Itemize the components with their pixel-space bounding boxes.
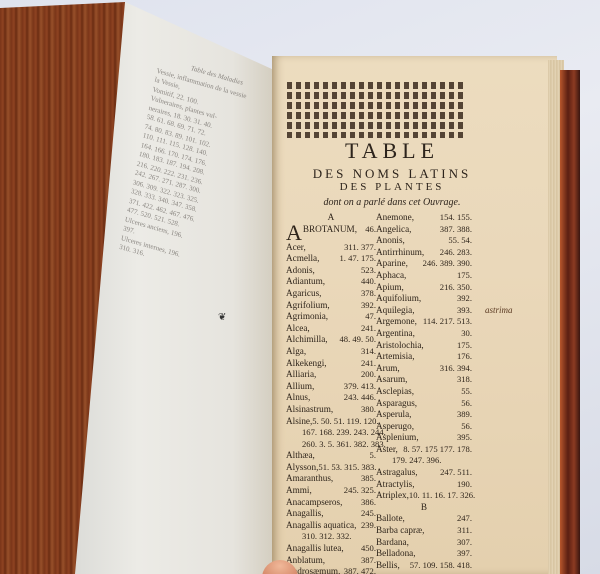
entry-name: Alysson, [286, 462, 318, 474]
index-entry: Anagallis,245. [286, 508, 376, 520]
index-entry: Aquilegia,393. [376, 305, 472, 317]
entry-pages: 386. [361, 497, 376, 509]
entry-name: Argemone, [376, 316, 417, 328]
entry-pages: 175. [457, 340, 472, 352]
index-column-a: A ABROTANUM,46.Acer,311. 377.Acmella,1. … [286, 212, 376, 574]
index-entry: Amaranthus,385. [286, 473, 376, 485]
index-entry: Argemone,114. 217. 513. [376, 316, 472, 328]
entry-pages: 247. 511. [440, 467, 472, 479]
index-entry: Aster,8. 57. 175 177. 178. [376, 444, 472, 456]
entry-continuation: 167. 168. 239. 243. 244. [286, 427, 376, 439]
index-entry: Asarum,318. [376, 374, 472, 386]
entry-pages: 216. 350. [440, 282, 472, 294]
entry-name: Aquifolium, [376, 293, 421, 305]
entry-name: Asclepias, [376, 386, 414, 398]
index-entry: Aparine,246. 389. 390. [376, 258, 472, 270]
entry-name: Argentina, [376, 328, 415, 340]
entry-name: Bardana, [376, 537, 409, 549]
entry-name: Barba capræ, [376, 525, 424, 537]
entry-pages: 55. 54. [448, 235, 472, 247]
entry-pages: 392. [457, 293, 472, 305]
entry-name: Alliaria, [286, 369, 316, 381]
entry-pages: 318. [457, 374, 472, 386]
index-entry: Apium,216. 350. [376, 282, 472, 294]
entry-name: Agaricus, [286, 288, 321, 300]
entry-name: Atriplex, [376, 490, 409, 502]
section-letter-b: B [376, 502, 472, 514]
entry-pages: 239. [361, 520, 376, 532]
entry-name: Antirrhinum, [376, 247, 424, 259]
entry-name: Asparagus, [376, 398, 417, 410]
entry-name: Anagallis, [286, 508, 324, 520]
index-entry: Alnus,243. 446. [286, 392, 376, 404]
entry-name: Anagallis lutea, [286, 543, 344, 555]
entry-pages: 114. 217. 513. [423, 316, 472, 328]
index-entry: Acmella,1. 47. 175. [286, 253, 376, 265]
entry-name: Aparine, [376, 258, 408, 270]
entry-pages: 57. 109. 158. 418. [410, 560, 472, 572]
entry-name: Astragalus, [376, 467, 418, 479]
entry-name: Angelica, [376, 224, 411, 236]
entry-pages: 48. 49. 50. [339, 334, 376, 346]
entry-name: Bellis, [376, 560, 400, 572]
right-cover-edge [560, 70, 580, 574]
index-entry: Anblatum,387. [286, 555, 376, 567]
entry-pages: 523. [361, 265, 376, 277]
index-entry: Bellis,57. 109. 158. 418. [376, 560, 472, 572]
index-entry: Anonis,55. 54. [376, 235, 472, 247]
entry-pages: 380. [361, 404, 376, 416]
entry-pages: 397. [457, 548, 472, 560]
index-entry: Androsæmum,387. 472. [286, 566, 376, 574]
drop-cap: A [286, 224, 302, 242]
index-column-b: Anemone,154. 155.Angelica,387. 388.Anoni… [376, 212, 472, 571]
entry-pages: 247. [457, 513, 472, 525]
index-entry: Alsine,5. 50. 51. 119. 120. [286, 416, 376, 428]
index-entry: Arum,316. 394. [376, 363, 472, 375]
index-entry: Agrifolium,392. [286, 300, 376, 312]
entry-pages: 200. [361, 369, 376, 381]
entry-name: Aster, [376, 444, 398, 456]
index-entry: Acer,311. 377. [286, 242, 376, 254]
entry-pages: 56. [461, 398, 472, 410]
entry-name: Aristolochia, [376, 340, 424, 352]
index-entry: ABROTANUM,46. [286, 224, 376, 242]
entry-name: Arum, [376, 363, 400, 375]
index-entry: Alliaria,200. [286, 369, 376, 381]
entry-pages: 385. [361, 473, 376, 485]
entry-pages: 389. [457, 409, 472, 421]
page-title: TABLE [272, 138, 512, 164]
index-entry: Asparagus,56. [376, 398, 472, 410]
entry-pages: 379. 413. [344, 381, 376, 393]
entry-name: Adonis, [286, 265, 315, 277]
page-subtitle-3: dont on a parlé dans cet Ouvrage. [272, 197, 512, 208]
entry-pages: 245. [361, 508, 376, 520]
entry-name: Allium, [286, 381, 314, 393]
entry-pages: 47. [365, 311, 376, 323]
entry-name: Alga, [286, 346, 306, 358]
entry-continuation: 260. 3. 5. 361. 382. 383. [286, 439, 376, 451]
page-subtitle-1: DES NOMS LATINS [272, 166, 512, 182]
entry-name: Alcea, [286, 323, 310, 335]
entry-pages: 387. 388. [440, 224, 472, 236]
entry-continuation: 179. 247. 396. [376, 455, 472, 467]
entry-pages: 8. 57. 175 177. 178. [403, 444, 472, 456]
entry-pages: 393. [457, 305, 472, 317]
tailpiece-ornament-icon: ❦ [218, 312, 225, 323]
index-entry: Artemisia,176. [376, 351, 472, 363]
index-entry: Anagallis lutea,450. [286, 543, 376, 555]
entry-name: Amaranthus, [286, 473, 333, 485]
entry-pages: 246. 389. 390. [423, 258, 472, 270]
index-entry: Adonis,523. [286, 265, 376, 277]
index-entry: Aphaca,175. [376, 270, 472, 282]
index-entry: Aquifolium,392. [376, 293, 472, 305]
entry-pages: 30. [461, 328, 472, 340]
entry-name: Anacampseros, [286, 497, 342, 509]
entry-name: Anagallis aquatica, [286, 520, 356, 532]
entry-pages: 316. 394. [440, 363, 472, 375]
index-entry: Alysson,51. 53. 315. 383. [286, 462, 376, 474]
index-entry: Antirrhinum,246. 283. [376, 247, 472, 259]
entry-pages: 190. [457, 479, 472, 491]
entry-pages: 243. 446. [344, 392, 376, 404]
entry-name: Alchimilla, [286, 334, 328, 346]
entry-name: Alkekengi, [286, 358, 327, 370]
entry-name: Atractylis, [376, 479, 415, 491]
index-entry: Alga,314. [286, 346, 376, 358]
index-entry: Atriplex,10. 11. 16. 17. 326. [376, 490, 472, 502]
entry-pages: 450. [361, 543, 376, 555]
entry-pages: 51. 53. 315. 383. [318, 462, 376, 474]
entry-pages: 387. 472. [344, 566, 376, 574]
entry-name: Asarum, [376, 374, 407, 386]
index-entry: Asclepias,55. [376, 386, 472, 398]
entry-name: Agrimonia, [286, 311, 328, 323]
entry-name: Aphaca, [376, 270, 406, 282]
entry-pages: 311. 377. [344, 242, 376, 254]
entry-pages: 311. [457, 525, 472, 537]
index-entry: Alsinastrum,380. [286, 404, 376, 416]
entry-name: Acmella, [286, 253, 319, 265]
entry-pages: 10. 11. 16. 17. 326. [409, 490, 475, 502]
entry-name: Acer, [286, 242, 306, 254]
entry-pages: 241. [361, 323, 376, 335]
index-entry: Argentina,30. [376, 328, 472, 340]
entry-continuation: 310. 312. 332. [286, 531, 376, 543]
index-entry: Agrimonia,47. [286, 311, 376, 323]
entry-name: Alsine, [286, 416, 312, 428]
entry-name: Ballote, [376, 513, 405, 525]
index-entry: Ballote,247. [376, 513, 472, 525]
entry-name: Artemisia, [376, 351, 415, 363]
entry-pages: 176. [457, 351, 472, 363]
index-entry: Asplenium,395. [376, 432, 472, 444]
index-entry: Atractylis,190. [376, 479, 472, 491]
entry-pages: 55. [461, 386, 472, 398]
entry-name: Adiantum, [286, 276, 325, 288]
entry-pages: 46. [365, 224, 376, 242]
entry-name: Anonis, [376, 235, 405, 247]
index-entry: Allium,379. 413. [286, 381, 376, 393]
entry-pages: 392. [361, 300, 376, 312]
index-entry: Asperugo,56. [376, 421, 472, 433]
index-entry: Adiantum,440. [286, 276, 376, 288]
handwritten-margin-note: astrima [485, 305, 513, 315]
entry-pages: 378. [361, 288, 376, 300]
entry-pages: 241. [361, 358, 376, 370]
entry-name: Anemone, [376, 212, 414, 224]
entry-name: Aquilegia, [376, 305, 415, 317]
index-entry: Belladona,397. [376, 548, 472, 560]
entry-name: Althæa, [286, 450, 315, 462]
index-entry: Astragalus,247. 511. [376, 467, 472, 479]
entry-pages: 56. [461, 421, 472, 433]
entry-pages: 314. [361, 346, 376, 358]
entry-pages: 387. [361, 555, 376, 567]
index-entry: Alcea,241. [286, 323, 376, 335]
index-entry: Ammi,245. 325. [286, 485, 376, 497]
entry-pages: 307. [457, 537, 472, 549]
entry-name: Asperugo, [376, 421, 414, 433]
index-entry: Anacampseros,386. [286, 497, 376, 509]
entry-name: Alnus, [286, 392, 310, 404]
entry-pages: 175. [457, 270, 472, 282]
index-entry: Alchimilla,48. 49. 50. [286, 334, 376, 346]
index-entry: Aristolochia,175. [376, 340, 472, 352]
index-entry: Angelica,387. 388. [376, 224, 472, 236]
index-entry: Agaricus,378. [286, 288, 376, 300]
entry-name: Asperula, [376, 409, 411, 421]
page-subtitle-2: DES PLANTES [272, 181, 512, 193]
entry-name: ABROTANUM, [286, 224, 357, 242]
index-entry: Alkekengi,241. [286, 358, 376, 370]
index-entry: Althæa,5. [286, 450, 376, 462]
entry-pages: 1. 47. 175. [339, 253, 376, 265]
index-entry: Asperula,389. [376, 409, 472, 421]
entry-pages: 5. 50. 51. 119. 120. [312, 416, 378, 428]
entry-name: Apium, [376, 282, 404, 294]
index-entry: Barba capræ,311. [376, 525, 472, 537]
entry-pages: 245. 325. [344, 485, 376, 497]
index-entry: Anemone,154. 155. [376, 212, 472, 224]
entry-name: Agrifolium, [286, 300, 330, 312]
index-entry: Anagallis aquatica,239. [286, 520, 376, 532]
index-entry: Bardana,307. [376, 537, 472, 549]
entry-name: Ammi, [286, 485, 312, 497]
headpiece-ornament-icon [287, 82, 467, 138]
entry-pages: 154. 155. [440, 212, 472, 224]
entry-name: Alsinastrum, [286, 404, 333, 416]
entry-pages: 440. [361, 276, 376, 288]
entry-pages: 395. [457, 432, 472, 444]
entry-name: Belladona, [376, 548, 416, 560]
entry-name: Asplenium, [376, 432, 419, 444]
entry-pages: 246. 283. [440, 247, 472, 259]
